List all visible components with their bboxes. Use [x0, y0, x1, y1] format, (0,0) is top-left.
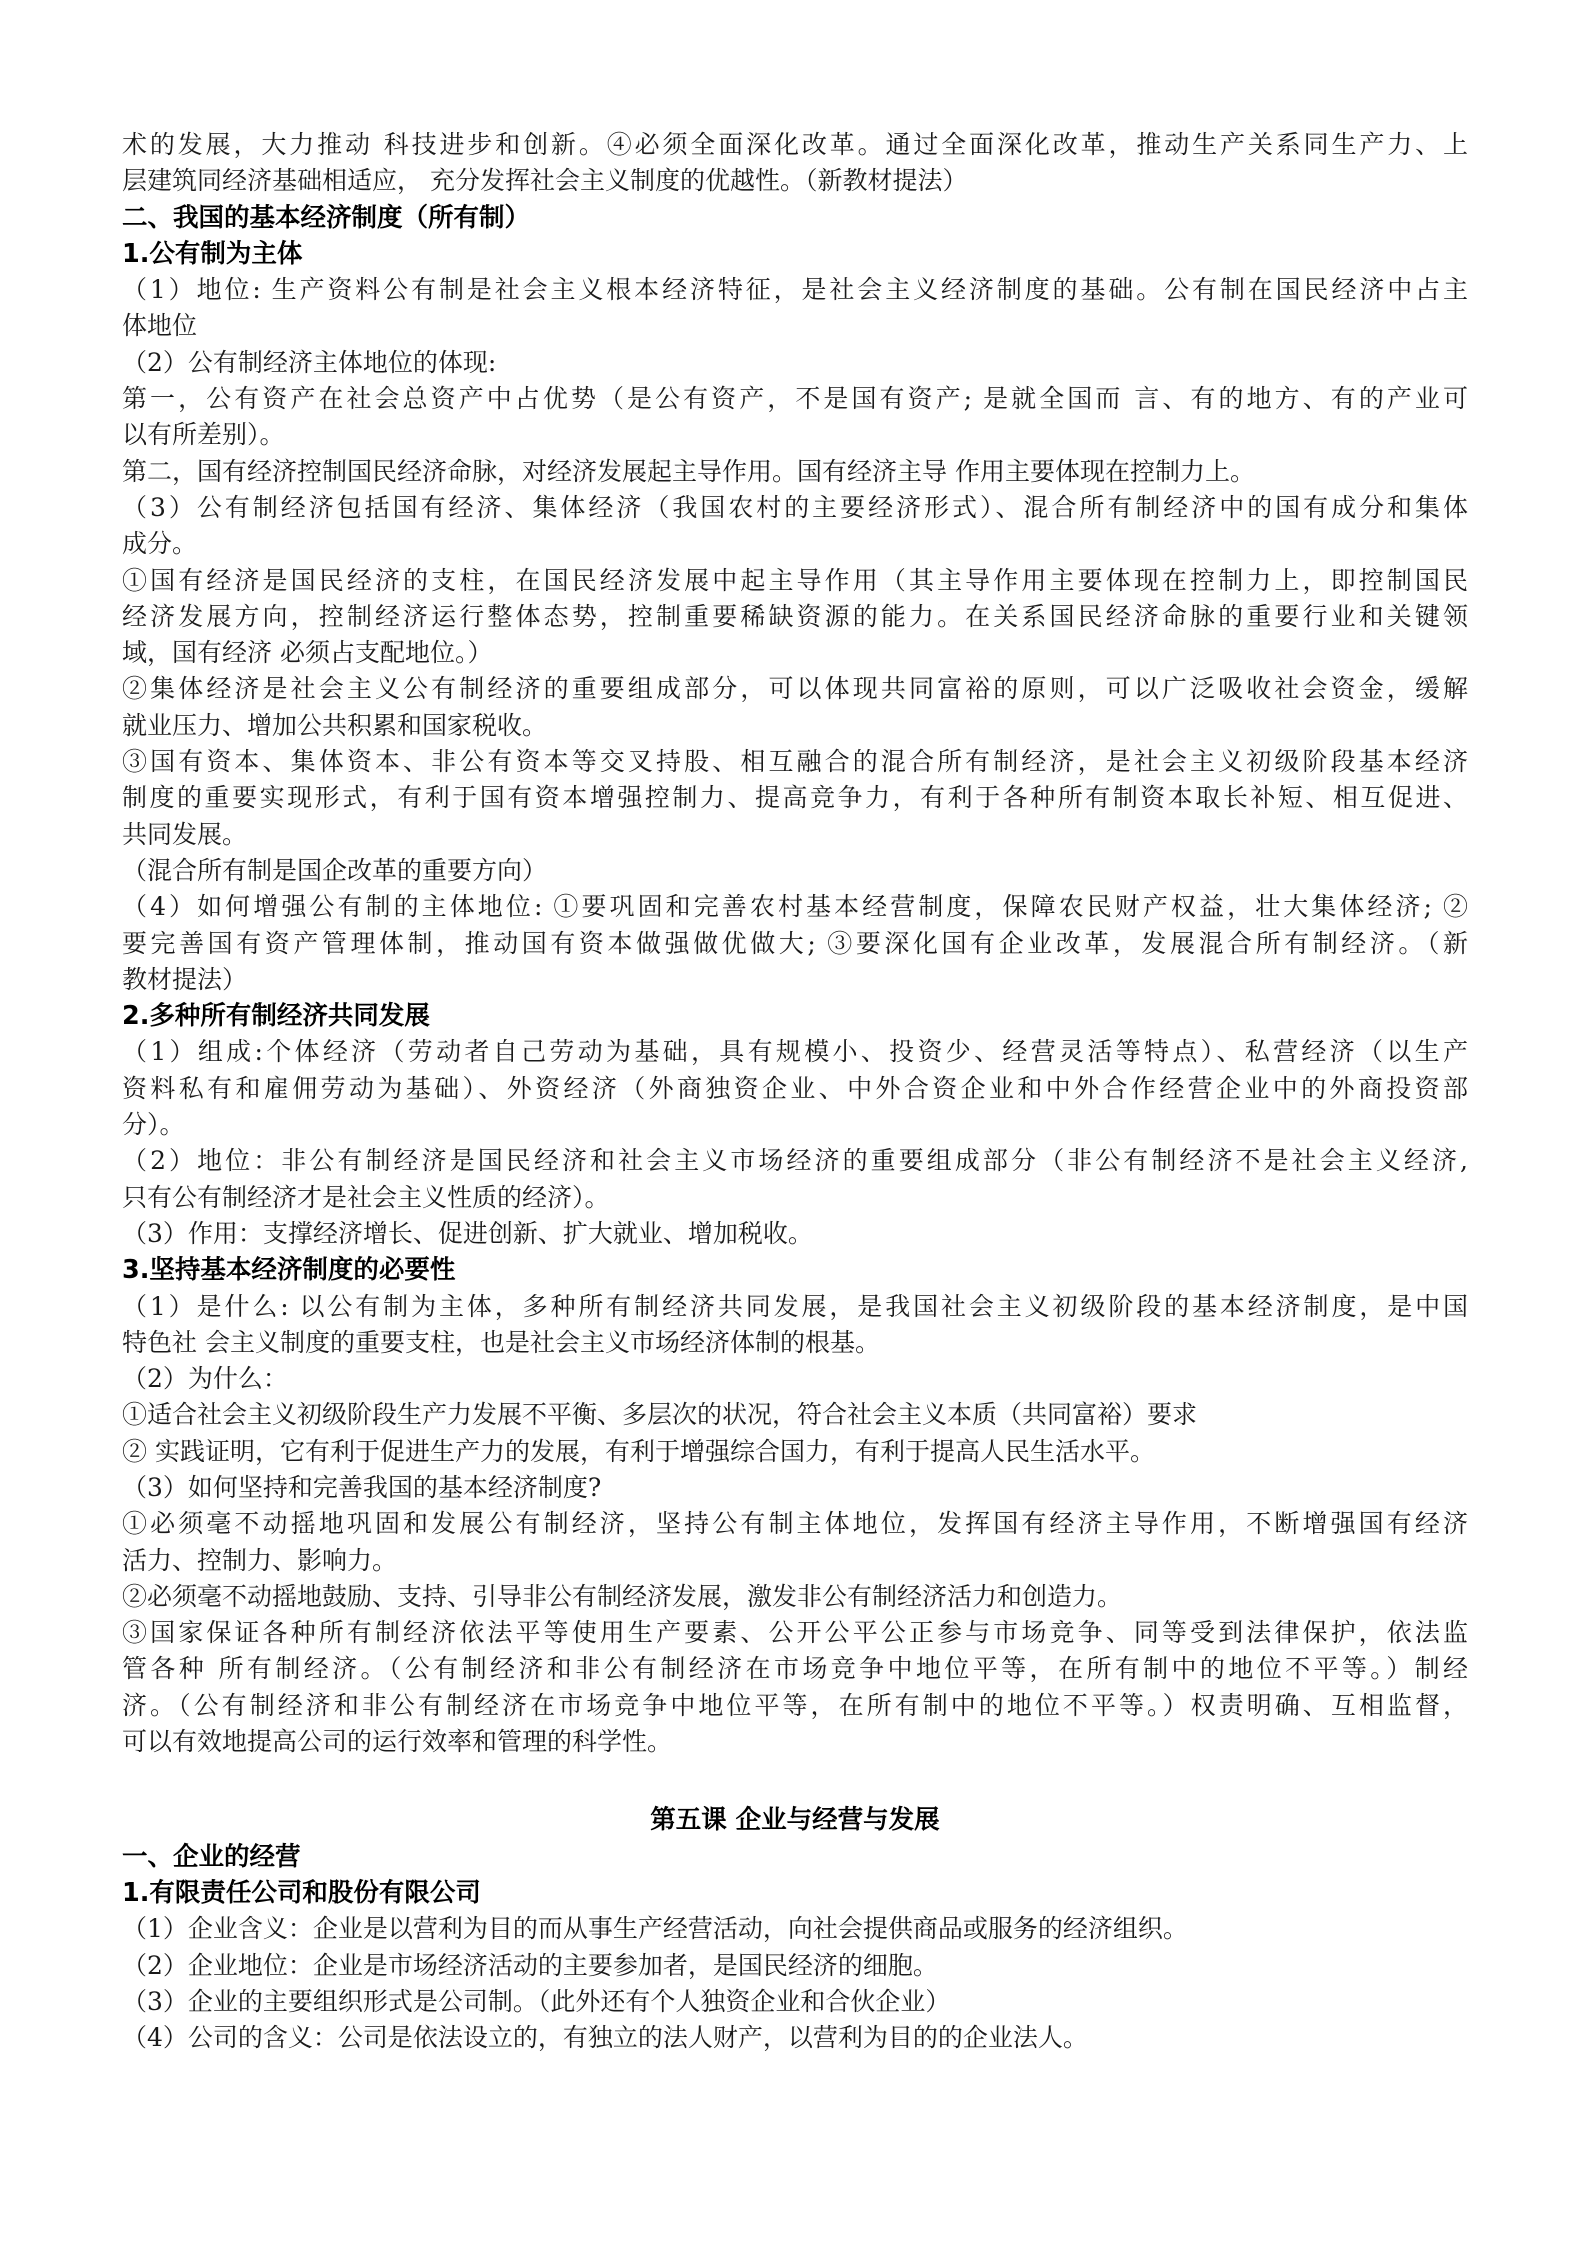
- lesson-title: 第五课 企业与经营与发展: [122, 1802, 1468, 1838]
- subsection-heading: 3.坚持基本经济制度的必要性: [122, 1252, 1468, 1288]
- paragraph-line: （1）是什么: 以公有制为主体，多种所有制经济共同发展，是我国社会主义初级阶段的…: [122, 1289, 1468, 1325]
- paragraph-line: 济。（公有制经济和非公有制经济在市场竞争中地位平等，在所有制中的地位不平等。）权…: [122, 1688, 1468, 1724]
- paragraph-line: ②集体经济是社会主义公有制经济的重要组成部分，可以体现共同富裕的原则，可以广泛吸…: [122, 671, 1468, 707]
- paragraph-line: （混合所有制是国企改革的重要方向）: [122, 853, 1468, 889]
- paragraph-line: （3）企业的主要组织形式是公司制。（此外还有个人独资企业和合伙企业）: [122, 1984, 1468, 2020]
- paragraph-line: 经济发展方向，控制经济运行整体态势，控制重要稀缺资源的能力。在关系国民经济命脉的…: [122, 599, 1468, 635]
- paragraph-line: 只有公有制经济才是社会主义性质的经济）。: [122, 1180, 1468, 1216]
- paragraph-line: 活力、控制力、影响力。: [122, 1543, 1468, 1579]
- paragraph-line: ③国有资本、集体资本、非公有资本等交叉持股、相互融合的混合所有制经济，是社会主义…: [122, 744, 1468, 780]
- paragraph-line: （1）地位: 生产资料公有制是社会主义根本经济特征，是社会主义经济制度的基础。公…: [122, 272, 1468, 308]
- paragraph-line: 分）。: [122, 1107, 1468, 1143]
- paragraph-line: 教材提法）: [122, 962, 1468, 998]
- paragraph-line: 要完善国有资产管理体制，推动国有资本做强做优做大; ③要深化国有企业改革，发展混…: [122, 926, 1468, 962]
- paragraph-line: 以有所差别）。: [122, 417, 1468, 453]
- paragraph-line: （4）如何增强公有制的主体地位: ①要巩固和完善农村基本经营制度，保障农民财产权…: [122, 889, 1468, 925]
- paragraph-line: 层建筑同经济基础相适应， 充分发挥社会主义制度的优越性。（新教材提法）: [122, 163, 1468, 199]
- paragraph-line: 特色社 会主义制度的重要支柱，也是社会主义市场经济体制的根基。: [122, 1325, 1468, 1361]
- paragraph-line: （2）为什么：: [122, 1361, 1468, 1397]
- paragraph-line: 第一，公有资产在社会总资产中占优势（是公有资产，不是国有资产; 是就全国而 言、…: [122, 381, 1468, 417]
- paragraph-line: 资料私有和雇佣劳动为基础）、外资经济（外商独资企业、中外合资企业和中外合作经营企…: [122, 1071, 1468, 1107]
- paragraph-line: 可以有效地提高公司的运行效率和管理的科学性。: [122, 1724, 1468, 1760]
- paragraph-line: 术的发展，大力推动 科技进步和创新。④必须全面深化改革。通过全面深化改革，推动生…: [122, 127, 1468, 163]
- paragraph-line: （3）作用：支撑经济增长、促进创新、扩大就业、增加税收。: [122, 1216, 1468, 1252]
- paragraph-line: 体地位: [122, 308, 1468, 344]
- paragraph-line: 制度的重要实现形式，有利于国有资本增强控制力、提高竞争力，有利于各种所有制资本取…: [122, 780, 1468, 816]
- paragraph-line: （4）公司的含义：公司是依法设立的，有独立的法人财产，以营利为目的的企业法人。: [122, 2020, 1468, 2056]
- paragraph-line: ①必须毫不动摇地巩固和发展公有制经济，坚持公有制主体地位，发挥国有经济主导作用，…: [122, 1506, 1468, 1542]
- paragraph-line: 第二，国有经济控制国民经济命脉，对经济发展起主导作用。国有经济主导 作用主要体现…: [122, 454, 1468, 490]
- paragraph-line: （2）地位：非公有制经济是国民经济和社会主义市场经济的重要组成部分（非公有制经济…: [122, 1143, 1468, 1179]
- paragraph-line: ①适合社会主义初级阶段生产力发展不平衡、多层次的状况，符合社会主义本质（共同富裕…: [122, 1397, 1468, 1433]
- paragraph-line: （2）公有制经济主体地位的体现:: [122, 345, 1468, 381]
- paragraph-line: （1）组成:个体经济（劳动者自己劳动为基础，具有规模小、投资少、经营灵活等特点）…: [122, 1034, 1468, 1070]
- spacer: [122, 1760, 1468, 1802]
- subsection-heading: 1.有限责任公司和股份有限公司: [122, 1875, 1468, 1911]
- paragraph-line: 就业压力、增加公共积累和国家税收。: [122, 708, 1468, 744]
- section-heading: 一、企业的经营: [122, 1839, 1468, 1875]
- paragraph-line: （3）公有制经济包括国有经济、集体经济（我国农村的主要经济形式）、混合所有制经济…: [122, 490, 1468, 526]
- paragraph-line: 共同发展。: [122, 817, 1468, 853]
- document-page: 术的发展，大力推动 科技进步和创新。④必须全面深化改革。通过全面深化改革，推动生…: [122, 127, 1468, 2056]
- subsection-heading: 1.公有制为主体: [122, 236, 1468, 272]
- section-heading: 二、我国的基本经济制度（所有制）: [122, 200, 1468, 236]
- paragraph-line: ② 实践证明，它有利于促进生产力的发展，有利于增强综合国力，有利于提高人民生活水…: [122, 1434, 1468, 1470]
- paragraph-line: （3）如何坚持和完善我国的基本经济制度?: [122, 1470, 1468, 1506]
- paragraph-line: （1）企业含义：企业是以营利为目的而从事生产经营活动，向社会提供商品或服务的经济…: [122, 1911, 1468, 1947]
- paragraph-line: ①国有经济是国民经济的支柱，在国民经济发展中起主导作用（其主导作用主要体现在控制…: [122, 563, 1468, 599]
- subsection-heading: 2.多种所有制经济共同发展: [122, 998, 1468, 1034]
- paragraph-line: 管各种 所有制经济。（公有制经济和非公有制经济在市场竞争中地位平等，在所有制中的…: [122, 1651, 1468, 1687]
- paragraph-line: ③国家保证各种所有制经济依法平等使用生产要素、公开公平公正参与市场竞争、同等受到…: [122, 1615, 1468, 1651]
- paragraph-line: ②必须毫不动摇地鼓励、支持、引导非公有制经济发展，激发非公有制经济活力和创造力。: [122, 1579, 1468, 1615]
- paragraph-line: （2）企业地位：企业是市场经济活动的主要参加者，是国民经济的细胞。: [122, 1948, 1468, 1984]
- paragraph-line: 成分。: [122, 526, 1468, 562]
- paragraph-line: 域，国有经济 必须占支配地位。）: [122, 635, 1468, 671]
